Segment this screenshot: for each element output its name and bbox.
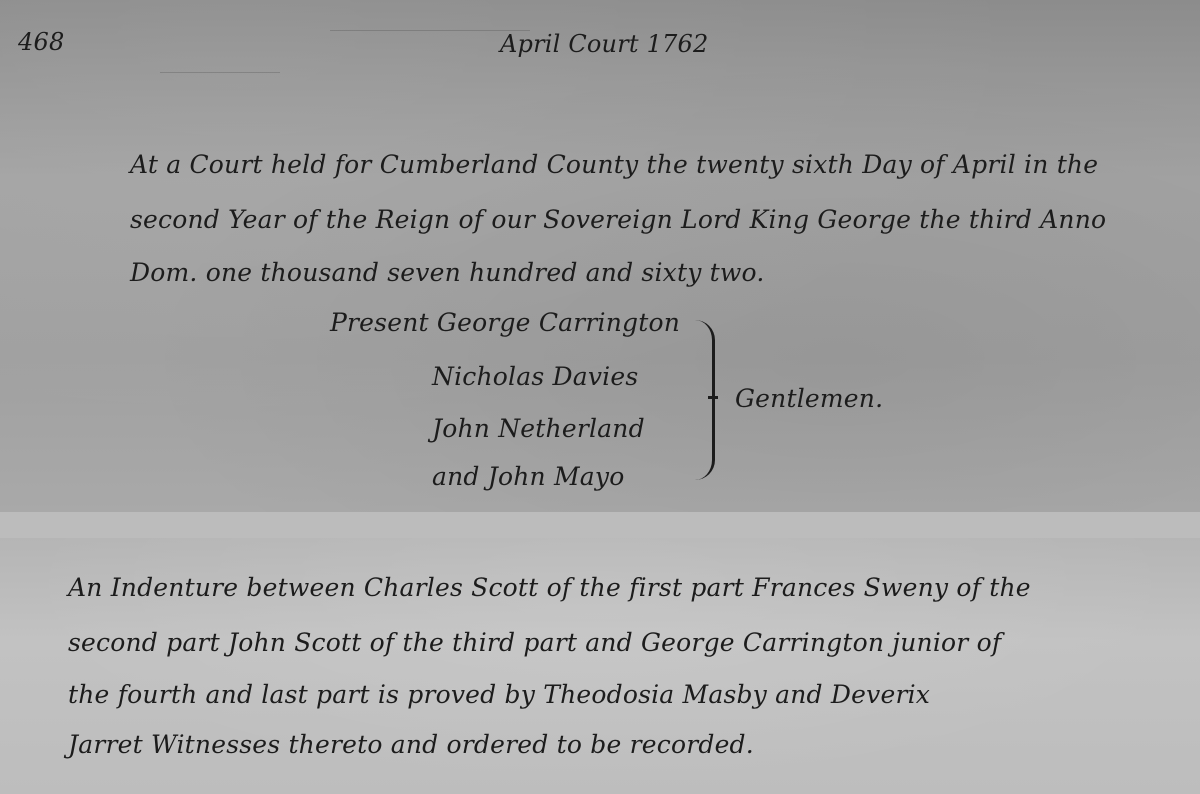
- record-line-1: An Indenture between Charles Scott of th…: [68, 573, 1031, 602]
- justice-name: George Carrington: [437, 308, 680, 337]
- record-line-3: the fourth and last part is proved by Th…: [68, 680, 930, 709]
- page-header-title: April Court 1762: [500, 30, 708, 58]
- record-line-4: Jarret Witnesses thereto and ordered to …: [68, 730, 754, 759]
- justice-name: Nicholas Davies: [432, 362, 638, 391]
- record-line-2: second part John Scott of the third part…: [68, 628, 1001, 657]
- justice-name: John Netherland: [432, 414, 645, 443]
- present-label: Present: [330, 308, 429, 337]
- court-minutes-page-bottom: An Indenture between Charles Scott of th…: [0, 538, 1200, 794]
- curly-brace-icon: [688, 320, 715, 480]
- court-minutes-page-top: 468 April Court 1762 At a Court held for…: [0, 0, 1200, 512]
- page-divider: [0, 512, 1200, 538]
- preamble-line-3: Dom. one thousand seven hundred and sixt…: [130, 258, 764, 287]
- justices-title: Gentlemen.: [735, 384, 883, 413]
- preamble-line-1: At a Court held for Cumberland County th…: [130, 150, 1098, 179]
- preamble-line-2: second Year of the Reign of our Sovereig…: [130, 205, 1106, 234]
- faint-rule: [160, 72, 280, 73]
- page-number: 468: [18, 28, 64, 56]
- justice-name: and John Mayo: [432, 462, 624, 491]
- justice-present-line: Present George Carrington: [330, 308, 680, 337]
- brace-tip: [708, 396, 718, 399]
